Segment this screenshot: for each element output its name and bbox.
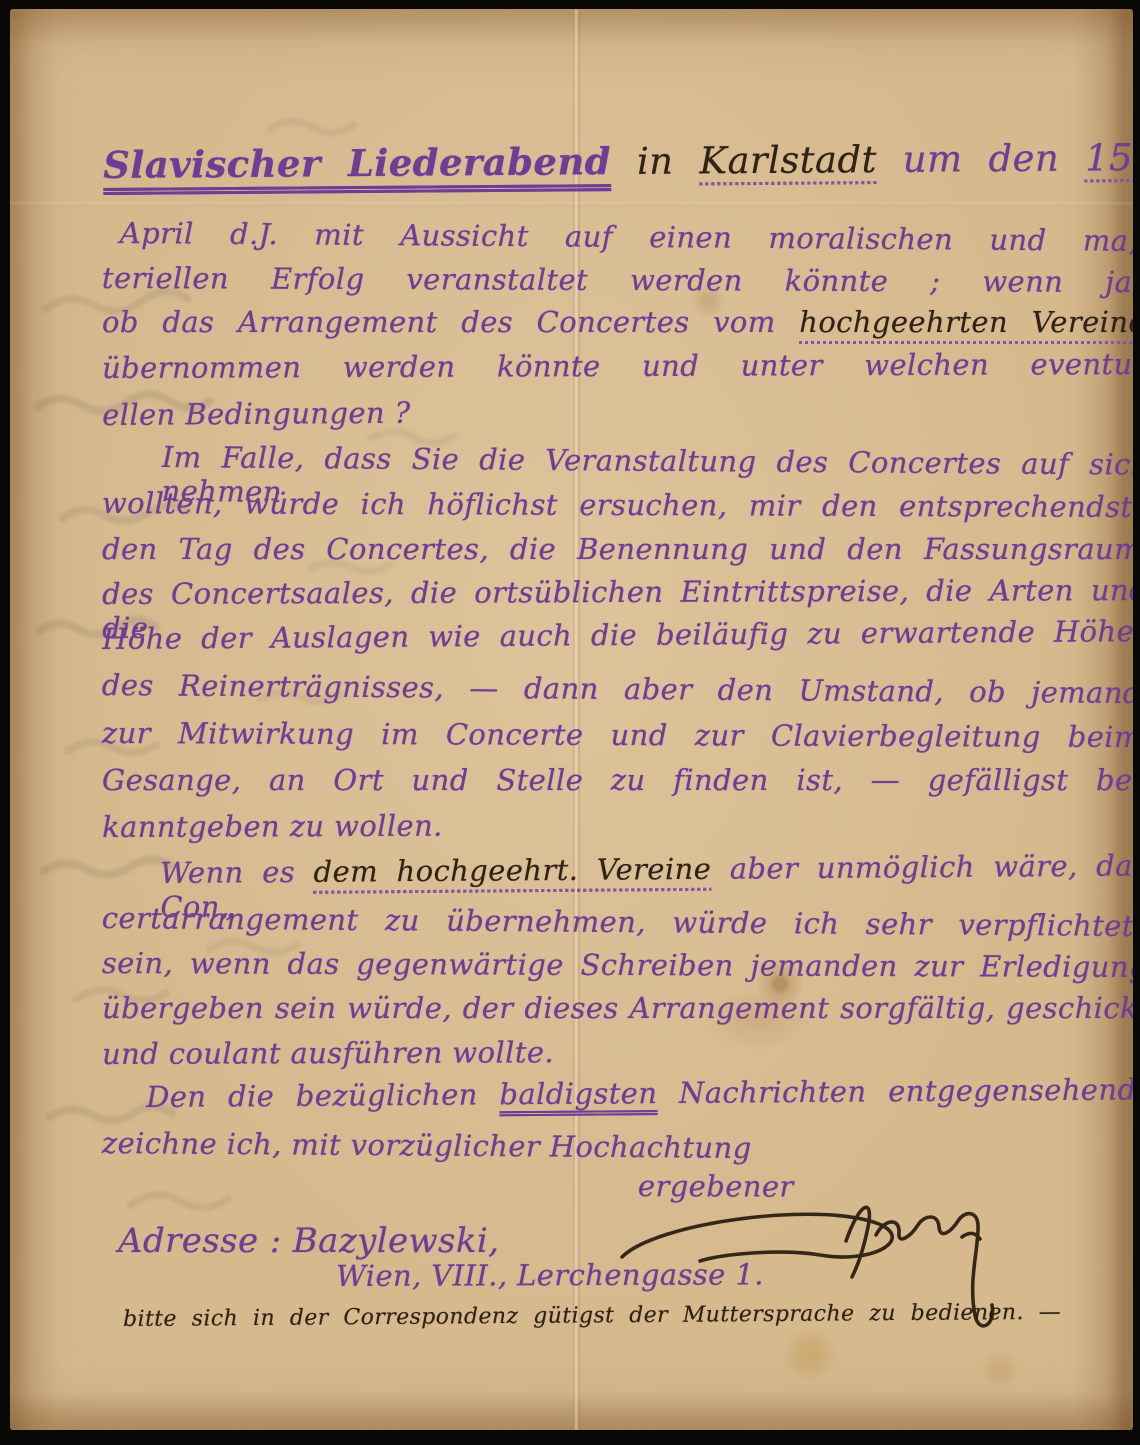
text-segment: kanntgeben zu wollen.	[102, 809, 443, 844]
letter-page: Slavischer Liederabend in Karlstadt um d…	[10, 9, 1133, 1430]
text-segment: sein, wenn das gegenwärtige Schreiben je…	[102, 946, 1133, 984]
text-segment: in	[611, 139, 700, 183]
handwritten-line: ob das Arrangement des Concertes vom hoc…	[102, 305, 1133, 339]
text-segment: zur Mitwirkung im Concerte und zur Clavi…	[102, 716, 1133, 754]
handwritten-line: Höhe der Auslagen wie auch die beiläufig…	[102, 614, 1133, 656]
text-segment: Wien, VIII., Lerchengasse 1.	[336, 1257, 764, 1293]
text-segment: Gesange, an Ort und Stelle zu finden ist…	[102, 763, 1133, 797]
text-segment: des Reinerträgnisses, — dann aber den Um…	[102, 668, 1133, 710]
text-segment: Höhe der Auslagen wie auch die beiläufig…	[102, 614, 1133, 656]
handwritten-line: übergeben sein würde, der dieses Arrange…	[102, 991, 1133, 1025]
handwritten-line: wollten, würde ich höflichst ersuchen, m…	[102, 486, 1133, 524]
letter-body: Slavischer Liederabend in Karlstadt um d…	[10, 9, 1133, 1430]
handwritten-line: teriellen Erfolg veranstaltet werden kön…	[102, 261, 1133, 299]
handwritten-line: zur Mitwirkung im Concerte und zur Clavi…	[102, 716, 1133, 754]
text-segment: baldigsten	[499, 1076, 657, 1111]
address-line-1: Adresse : Bazylewski,	[118, 1221, 499, 1261]
text-segment: April d.J. mit Aussicht auf einen morali…	[120, 216, 1133, 258]
postscript-line: bitte sich in der Correspondenz gütigst …	[123, 1300, 1061, 1332]
text-segment: zeichne ich, mit vorzüglicher Hochachtun…	[102, 1126, 752, 1165]
text-segment: Karlstadt	[699, 138, 877, 182]
text-segment: und coulant ausführen wollte.	[102, 1035, 554, 1071]
text-segment: Wenn es	[160, 855, 314, 890]
text-segment: Slavischer Liederabend	[103, 139, 611, 187]
handwritten-line: kanntgeben zu wollen.	[102, 809, 443, 844]
text-segment: teriellen Erfolg veranstaltet werden kön…	[102, 261, 1133, 299]
text-segment: bitte sich in der Correspondenz gütigst …	[123, 1300, 1061, 1332]
text-segment: Adresse : Bazylewski,	[118, 1221, 499, 1261]
text-segment: ellen Bedingungen ?	[102, 396, 411, 432]
handwritten-line: Den die bezüglichen baldigsten Nachricht…	[146, 1072, 1133, 1114]
handwritten-line: Gesange, an Ort und Stelle zu finden ist…	[102, 763, 1133, 797]
text-segment: übernommen werden könnte und unter welch…	[102, 347, 1133, 385]
text-segment: dem hochgeehrt. Vereine	[313, 852, 711, 889]
text-segment: Nachrichten entgegensehend,	[657, 1072, 1133, 1110]
handwritten-line: des Reinerträgnisses, — dann aber den Um…	[102, 668, 1133, 710]
handwritten-line: ellen Bedingungen ?	[102, 396, 411, 432]
handwritten-line: April d.J. mit Aussicht auf einen morali…	[120, 216, 1133, 258]
text-segment: um den	[877, 136, 1086, 181]
handwritten-line: den Tag des Concertes, die Benennung und…	[102, 532, 1133, 566]
letter-title-line: Slavischer Liederabend in Karlstadt um d…	[103, 135, 1133, 187]
text-segment: den Tag des Concertes, die Benennung und…	[102, 532, 1133, 566]
handwritten-line: übernommen werden könnte und unter welch…	[102, 347, 1133, 385]
handwritten-line: sein, wenn das gegenwärtige Schreiben je…	[102, 946, 1133, 984]
scan-background: Slavischer Liederabend in Karlstadt um d…	[0, 0, 1140, 1445]
handwritten-line: und coulant ausführen wollte.	[102, 1035, 554, 1071]
text-segment: certarrangement zu übernehmen, würde ich…	[102, 901, 1133, 943]
text-segment: Den die bezüglichen	[146, 1077, 500, 1114]
text-segment: übergeben sein würde, der dieses Arrange…	[102, 991, 1133, 1025]
text-segment: 15.	[1085, 136, 1133, 179]
text-segment: wollten, würde ich höflichst ersuchen, m…	[102, 486, 1133, 524]
text-segment: ob das Arrangement des Concertes vom	[102, 305, 799, 339]
handwritten-line: zeichne ich, mit vorzüglicher Hochachtun…	[102, 1126, 752, 1165]
text-segment: ergebener	[638, 1169, 794, 1204]
closing-valediction: ergebener	[638, 1169, 794, 1204]
address-line-2: Wien, VIII., Lerchengasse 1.	[336, 1257, 764, 1293]
text-segment: hochgeehrten Vereine	[799, 305, 1133, 339]
handwritten-line: certarrangement zu übernehmen, würde ich…	[102, 901, 1133, 943]
